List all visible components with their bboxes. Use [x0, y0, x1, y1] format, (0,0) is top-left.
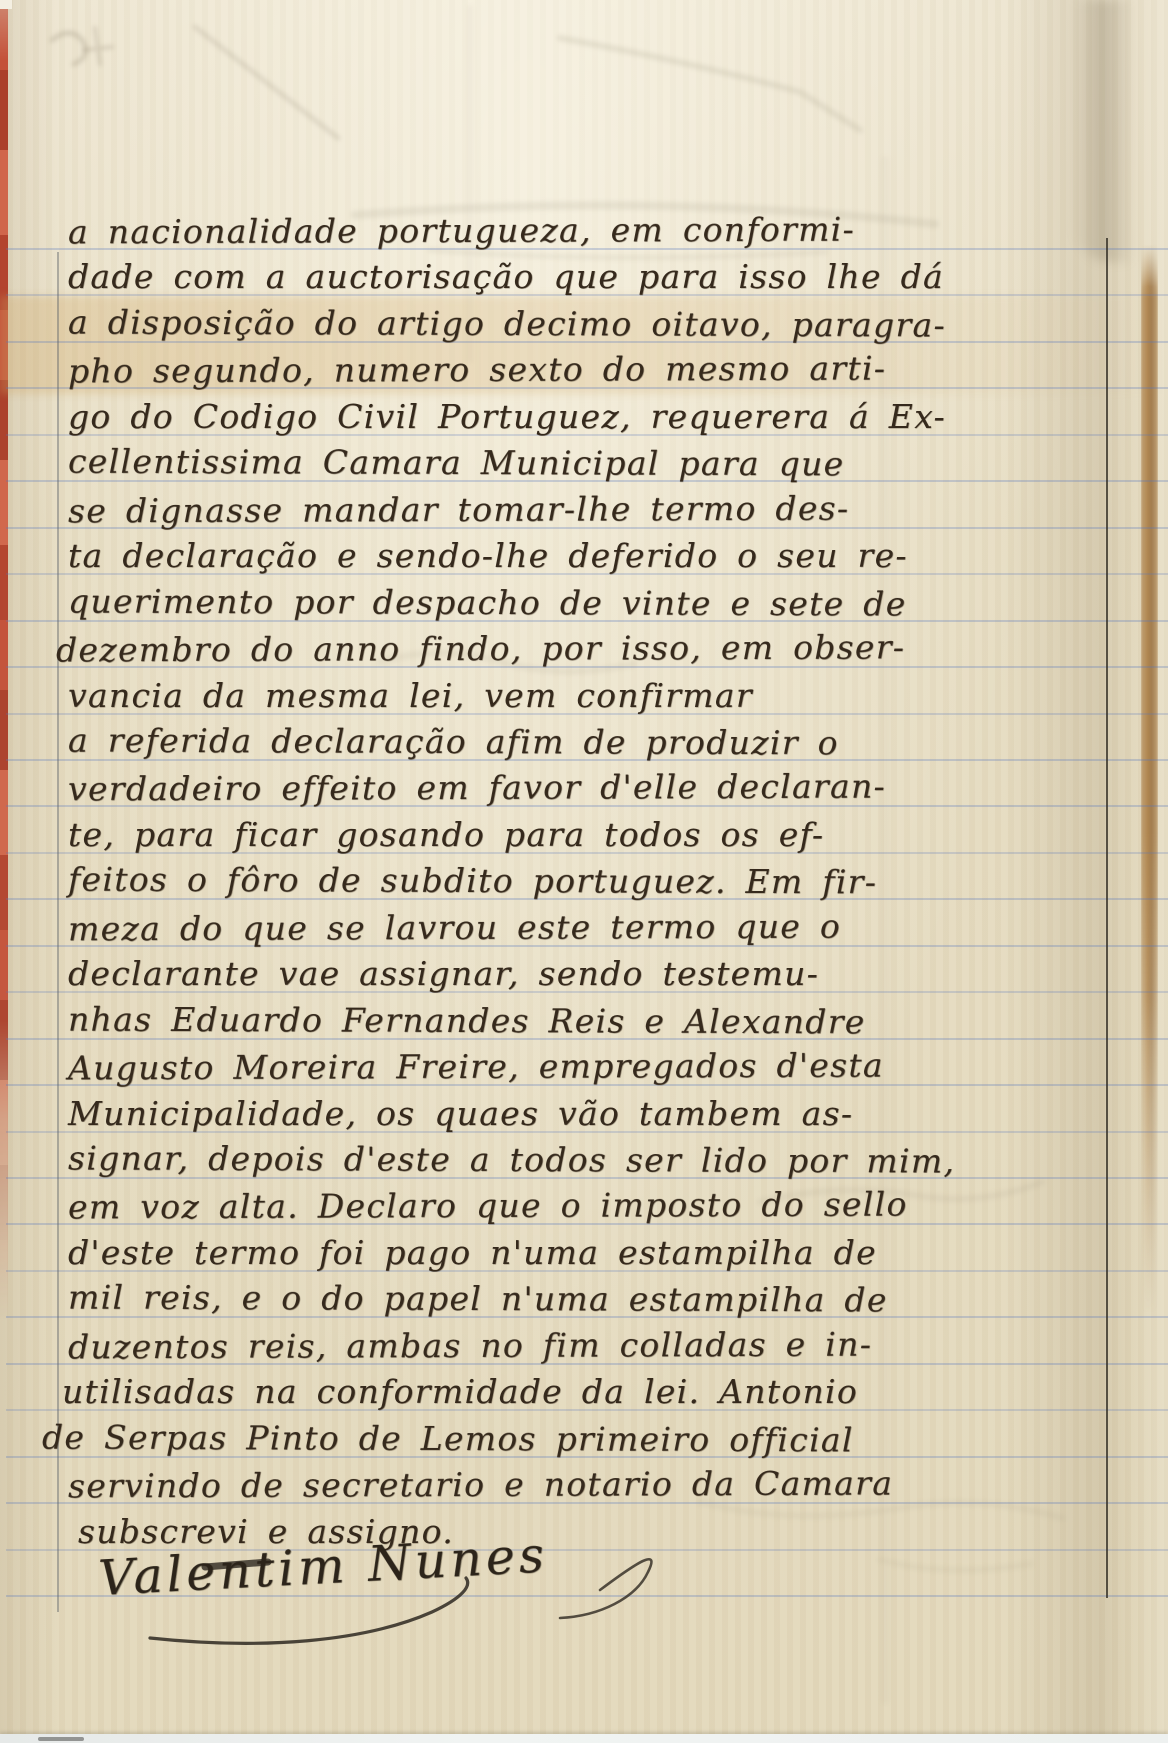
manuscript-text: a nacionalidade portugueza, em conformi-… — [64, 0, 1104, 1743]
manuscript-line: feitos o fôro de subdito portuguez. Em f… — [68, 856, 877, 906]
manuscript-line: go do Codigo Civil Portuguez, requerera … — [68, 393, 946, 440]
manuscript-line: vancia da mesma lei, vem confirmar — [68, 672, 753, 719]
scan-bottom-edge — [0, 1734, 1168, 1743]
manuscript-line: querimento por despacho de vinte e sete … — [68, 577, 907, 627]
manuscript-line: declarante vae assignar, sendo testemu- — [68, 950, 819, 997]
manuscript-line: cellentissima Camara Municipal para que — [68, 438, 845, 488]
manuscript-line: duzentos reis, ambas no fim colladas e i… — [68, 1320, 872, 1370]
manuscript-line: ta declaração e sendo-lhe deferido o seu… — [68, 532, 908, 579]
manuscript-line: de Serpas Pinto de Lemos primeiro offici… — [42, 1413, 854, 1463]
right-margin-line — [1106, 238, 1108, 1598]
manuscript-line: signar, depois d'este a todos ser lido p… — [68, 1134, 955, 1184]
manuscript-line: servindo de secretario e notario da Cama… — [68, 1460, 893, 1510]
manuscript-line: nhas Eduardo Fernandes Reis e Alexandre — [68, 995, 866, 1045]
manuscript-line: dezembro do anno findo, por isso, em obs… — [56, 624, 905, 674]
manuscript-line: a disposição do artigo decimo oitavo, pa… — [68, 298, 946, 348]
left-margin-line — [57, 252, 59, 1612]
manuscript-line: a referida declaração afim de produzir o — [68, 717, 839, 767]
corner-paper-speck — [0, 0, 12, 9]
manuscript-line: verdadeiro effeito em favor d'elle decla… — [68, 763, 886, 813]
scan-edge-smudge — [38, 1737, 84, 1741]
manuscript-line: Municipalidade, os quaes vão tambem as- — [68, 1090, 853, 1137]
page-edge-streak — [1141, 244, 1158, 1314]
manuscript-line: meza do que se lavrou este termo que o — [68, 902, 841, 952]
manuscript-line: pho segundo, numero sexto do mesmo arti- — [68, 345, 886, 395]
binding-edge — [0, 0, 8, 1320]
manuscript-line: d'este termo foi pago n'uma estampilha d… — [68, 1229, 877, 1276]
manuscript-line: mil reis, e o do papel n'uma estampilha … — [68, 1274, 888, 1324]
manuscript-line: utilisadas na conformidade da lei. Anton… — [62, 1368, 858, 1415]
manuscript-line: te, para ficar gosando para todos os ef- — [68, 811, 824, 858]
manuscript-line: em voz alta. Declaro que o imposto do se… — [68, 1181, 908, 1231]
manuscript-line: se dignasse mandar tomar-lhe termo des- — [68, 484, 850, 534]
scanned-manuscript-page: a nacionalidade portugueza, em conformi-… — [0, 0, 1168, 1743]
manuscript-line: Augusto Moreira Freire, empregados d'est… — [68, 1042, 884, 1092]
manuscript-line: a nacionalidade portugueza, em conformi- — [68, 206, 855, 256]
manuscript-line: dade com a auctorisação que para isso lh… — [68, 253, 944, 300]
